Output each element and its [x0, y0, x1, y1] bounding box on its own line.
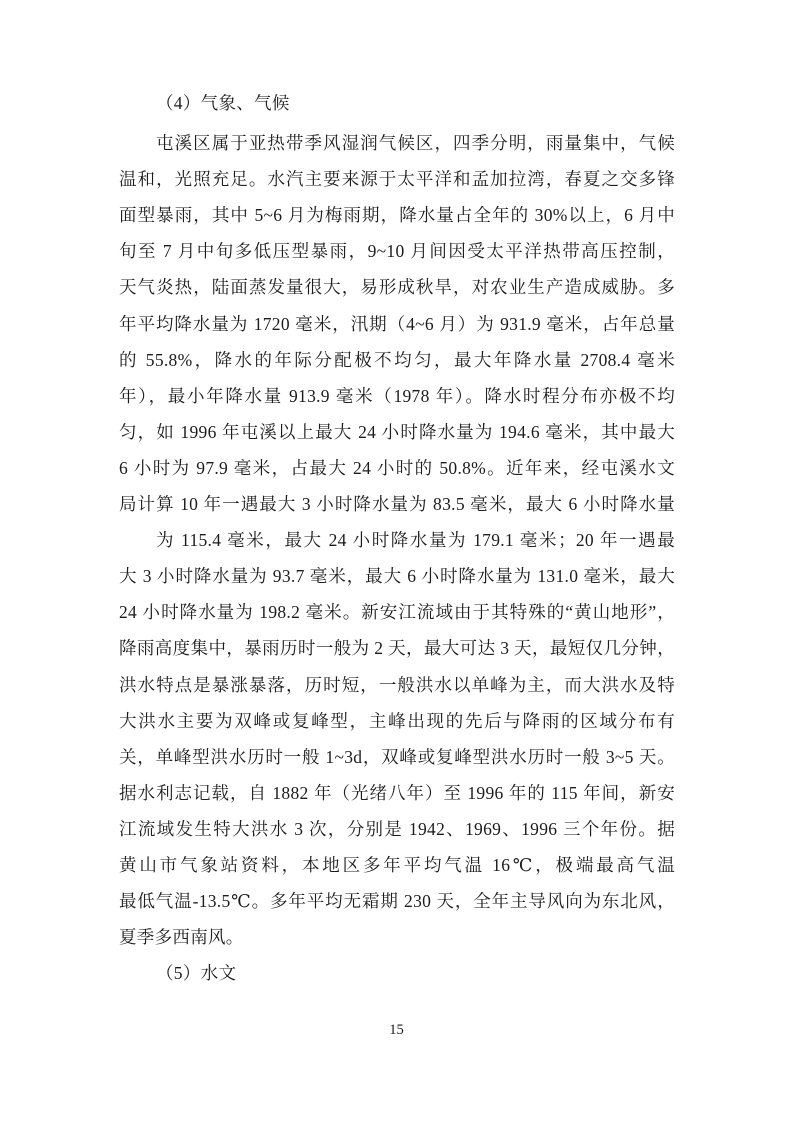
text-line: 旬至 7 月中旬多低压型暴雨，9~10 月间因受太平洋热带高压控制，: [119, 233, 675, 269]
body-text: （4）气象、气候屯溪区属于亚热带季风湿润气候区，四季分明，雨量集中，气候温和，光…: [119, 85, 675, 995]
text-line: 匀，如 1996 年屯溪以上最大 24 小时降水量为 194.6 毫米，其中最大: [119, 414, 675, 450]
text-line: 面型暴雨，其中 5~6 月为梅雨期，降水量占全年的 30%以上，6 月中: [119, 197, 675, 233]
text-line: 大洪水主要为双峰或复峰型，主峰出现的先后与降雨的区域分布有: [119, 703, 675, 739]
text-line: 24 小时降水量为 198.2 毫米。新安江流域由于其特殊的“黄山地形”，: [119, 594, 675, 630]
text-line: 黄山市气象站资料，本地区多年平均气温 16℃，极端最高气温 41.3℃，: [119, 847, 675, 883]
text-line: 温和，光照充足。水汽主要来源于太平洋和孟加拉湾，春夏之交多锋: [119, 161, 675, 197]
text-line: 降雨高度集中，暴雨历时一般为 2 天，最大可达 3 天，最短仅几分钟，: [119, 630, 675, 666]
text-line: 大 3 小时降水量为 93.7 毫米，最大 6 小时降水量为 131.0 毫米，…: [119, 558, 675, 594]
text-line: 局计算 10 年一遇最大 3 小时降水量为 83.5 毫米，最大 6 小时降水量: [119, 486, 675, 522]
text-line: 据水利志记载，自 1882 年（光绪八年）至 1996 年的 115 年间，新安: [119, 775, 675, 811]
section-heading: （4）气象、气候: [119, 85, 675, 121]
text-line: 年），最小年降水量 913.9 毫米（1978 年）。降水时程分布亦极不均: [119, 378, 675, 414]
text-line: 为 115.4 毫米，最大 24 小时降水量为 179.1 毫米；20 年一遇最: [119, 522, 675, 558]
text-line: 最低气温-13.5℃。多年平均无霜期 230 天，全年主导风向为东北风，: [119, 883, 675, 919]
text-line: 夏季多西南风。: [119, 919, 675, 955]
text-line: 江流域发生特大洪水 3 次，分别是 1942、1969、1996 三个年份。据: [119, 811, 675, 847]
text-line: 的 55.8%，降水的年际分配极不均匀，最大年降水量 2708.4 毫米（195…: [119, 342, 675, 378]
document-page: （4）气象、气候屯溪区属于亚热带季风湿润气候区，四季分明，雨量集中，气候温和，光…: [0, 0, 793, 1122]
text-line: 年平均降水量为 1720 毫米，汛期（4~6 月）为 931.9 毫米，占年总量: [119, 306, 675, 342]
page-number: 15: [0, 1022, 793, 1039]
text-line: 天气炎热，陆面蒸发量很大，易形成秋旱，对农业生产造成威胁。多: [119, 269, 675, 305]
text-line: 屯溪区属于亚热带季风湿润气候区，四季分明，雨量集中，气候: [119, 125, 675, 161]
section-heading: （5）水文: [119, 955, 675, 991]
text-line: 6 小时为 97.9 毫米，占最大 24 小时的 50.8%。近年来，经屯溪水文: [119, 450, 675, 486]
text-line: 洪水特点是暴涨暴落，历时短，一般洪水以单峰为主，而大洪水及特: [119, 667, 675, 703]
text-line: 关，单峰型洪水历时一般 1~3d，双峰或复峰型洪水历时一般 3~5 天。: [119, 739, 675, 775]
